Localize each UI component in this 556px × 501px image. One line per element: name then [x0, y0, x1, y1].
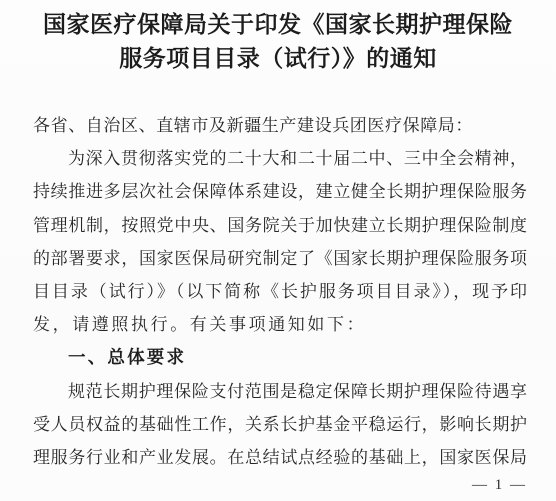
document-title: 国家医疗保障局关于印发《国家长期护理保险 服务项目目录（试行）》的通知	[0, 8, 556, 76]
body-line: 目目录（试行）》（以下简称《长护服务项目目录》），现予印	[33, 275, 527, 308]
body-line: 为深入贯彻落实党的二十大和二十届二中、三中全会精神，	[33, 142, 527, 175]
body-line-salutation: 各省、自治区、直辖市及新疆生产建设兵团医疗保障局：	[33, 109, 527, 142]
body-line: 理服务行业和产业发展。在总结试点经验的基础上，国家医保局	[33, 441, 527, 474]
body-line: 受人员权益的基础性工作，关系长护基金平稳运行，影响长期护	[33, 408, 527, 441]
document-body: 各省、自治区、直辖市及新疆生产建设兵团医疗保障局： 为深入贯彻落实党的二十大和二…	[0, 109, 556, 474]
section-heading: 一、总体要求	[33, 341, 527, 374]
title-line-2: 服务项目目录（试行）》的通知	[0, 42, 556, 76]
body-line: 规范长期护理保险支付范围是稳定保障长期护理保险待遇享	[33, 375, 527, 408]
document-page: 国家医疗保障局关于印发《国家长期护理保险 服务项目目录（试行）》的通知 各省、自…	[0, 0, 556, 501]
body-line: 持续推进多层次社会保障体系建设，建立健全长期护理保险服务	[33, 175, 527, 208]
body-line: 发，请遵照执行。有关事项通知如下：	[33, 308, 527, 341]
body-line: 的部署要求，国家医保局研究制定了《国家长期护理保险服务项	[33, 242, 527, 275]
title-line-1: 国家医疗保障局关于印发《国家长期护理保险	[0, 8, 556, 42]
body-line: 管理机制，按照党中央、国务院关于加快建立长期护理保险制度	[33, 209, 527, 242]
page-number: — 1 —	[0, 477, 556, 493]
